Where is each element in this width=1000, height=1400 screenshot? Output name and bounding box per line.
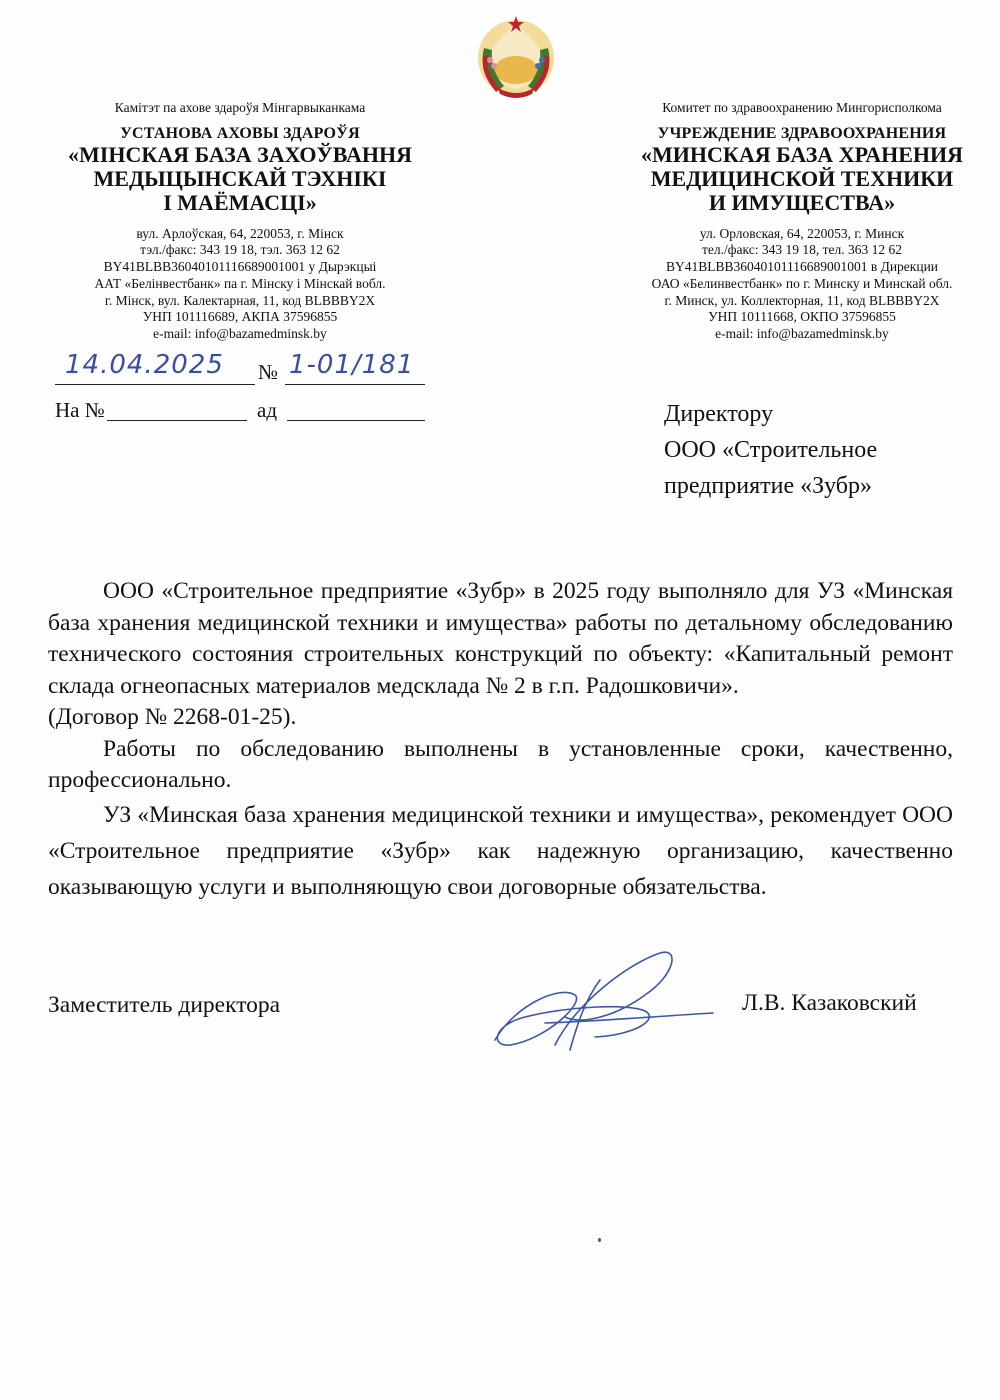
institution-name-line: МЕДИЦИНСКОЙ ТЕХНИКИ [612, 167, 992, 191]
tax-ids: УНП 101116689, АКПА 37596855 [55, 309, 425, 326]
address: ул. Орловская, 64, 220053, г. Минск [612, 226, 992, 243]
institution-name: «МИНСКАЯ БАЗА ХРАНЕНИЯ МЕДИЦИНСКОЙ ТЕХНИ… [612, 143, 992, 216]
bank-address: г. Мінск, вул. Калектарная, 11, код BLBB… [55, 293, 425, 310]
addressee-line: ООО «Строительное [664, 432, 877, 468]
paragraph-work-description: ООО «Строительное предприятие «Зубр» в 2… [48, 576, 953, 702]
bank-account: BY41BLBB36040101116689001001 у Дырэкцыі [55, 259, 425, 276]
email: e-mail: info@bazamedminsk.by [612, 326, 992, 343]
handwritten-signature-icon [485, 945, 725, 1055]
bank-name: ААТ «Белінвестбанк» па г. Мінску і Мінск… [55, 276, 425, 293]
phone: тэл./факс: 343 19 18, тэл. 363 12 62 [55, 242, 425, 259]
institution-name-line: И ИМУЩЕСТВА» [612, 191, 992, 215]
institution-type: УСТАНОВА АХОВЫ ЗДАРОЎЯ [55, 125, 425, 143]
institution-name-line: МЕДЫЦЫНСКАЙ ТЭХНІКІ [55, 167, 425, 191]
contact-details: ул. Орловская, 64, 220053, г. Минск тел.… [612, 226, 992, 343]
registration-number-field: 1-01/181 [285, 348, 425, 385]
number-label: № [258, 360, 278, 385]
addressee-line: предприятие «Зубр» [664, 468, 877, 504]
registration-line: 14.04.2025 № 1-01/181 [55, 348, 425, 388]
reference-date-blank [287, 420, 425, 421]
signatory-title: Заместитель директора [48, 992, 280, 1019]
paragraph-quality: Работы по обследованию выполнены в устан… [48, 734, 953, 797]
registration-number: 1-01/181 [289, 350, 414, 380]
email: e-mail: info@bazamedminsk.by [55, 326, 425, 343]
institution-name: «МІНСКАЯ БАЗА ЗАХОЎВАННЯ МЕДЫЦЫНСКАЙ ТЭХ… [55, 143, 425, 216]
reference-from-label: ад [257, 398, 277, 423]
addressee-line: Директору [664, 396, 877, 432]
reference-number-blank [107, 420, 247, 421]
institution-name-line: «МИНСКАЯ БАЗА ХРАНЕНИЯ [612, 143, 992, 167]
addressee: Директору ООО «Строительное предприятие … [664, 396, 877, 504]
institution-type: УЧРЕЖДЕНИЕ ЗДРАВООХРАНЕНИЯ [612, 125, 992, 143]
contact-details: вул. Арлоўская, 64, 220053, г. Мінск тэл… [55, 226, 425, 343]
registration-date: 14.04.2025 [65, 350, 224, 380]
institution-name-line: І МАЁМАСЦІ» [55, 191, 425, 215]
committee-name: Комитет по здравоохранению Мингорисполко… [612, 100, 992, 115]
reference-line: На № ад [55, 398, 425, 423]
registration-date-field: 14.04.2025 [55, 348, 255, 385]
letterhead-belarusian: Камітэт па ахове здароўя Мінгарвыканкама… [55, 100, 425, 343]
reference-label: На № [55, 398, 105, 422]
bank-name: ОАО «Белинвестбанк» по г. Минску и Минск… [612, 276, 992, 293]
bank-address: г. Минск, ул. Коллекторная, 11, код BLBB… [612, 293, 992, 310]
scan-speck [598, 1238, 601, 1242]
address: вул. Арлоўская, 64, 220053, г. Мінск [55, 226, 425, 243]
institution-name-line: «МІНСКАЯ БАЗА ЗАХОЎВАННЯ [55, 143, 425, 167]
committee-name: Камітэт па ахове здароўя Мінгарвыканкама [55, 100, 425, 115]
phone: тел./факс: 343 19 18, тел. 363 12 62 [612, 242, 992, 259]
bank-account: BY41BLBB36040101116689001001 в Дирекции [612, 259, 992, 276]
letterhead-russian: Комитет по здравоохранению Мингорисполко… [612, 100, 992, 343]
letter-body: ООО «Строительное предприятие «Зубр» в 2… [48, 576, 953, 905]
tax-ids: УНП 10111668, ОКПО 37596855 [612, 309, 992, 326]
state-emblem-icon [470, 8, 562, 104]
contract-reference: (Договор № 2268-01-25). [48, 702, 953, 734]
signatory-name: Л.В. Казаковский [742, 990, 917, 1017]
paragraph-recommendation: УЗ «Минская база хранения медицинской те… [48, 797, 953, 905]
